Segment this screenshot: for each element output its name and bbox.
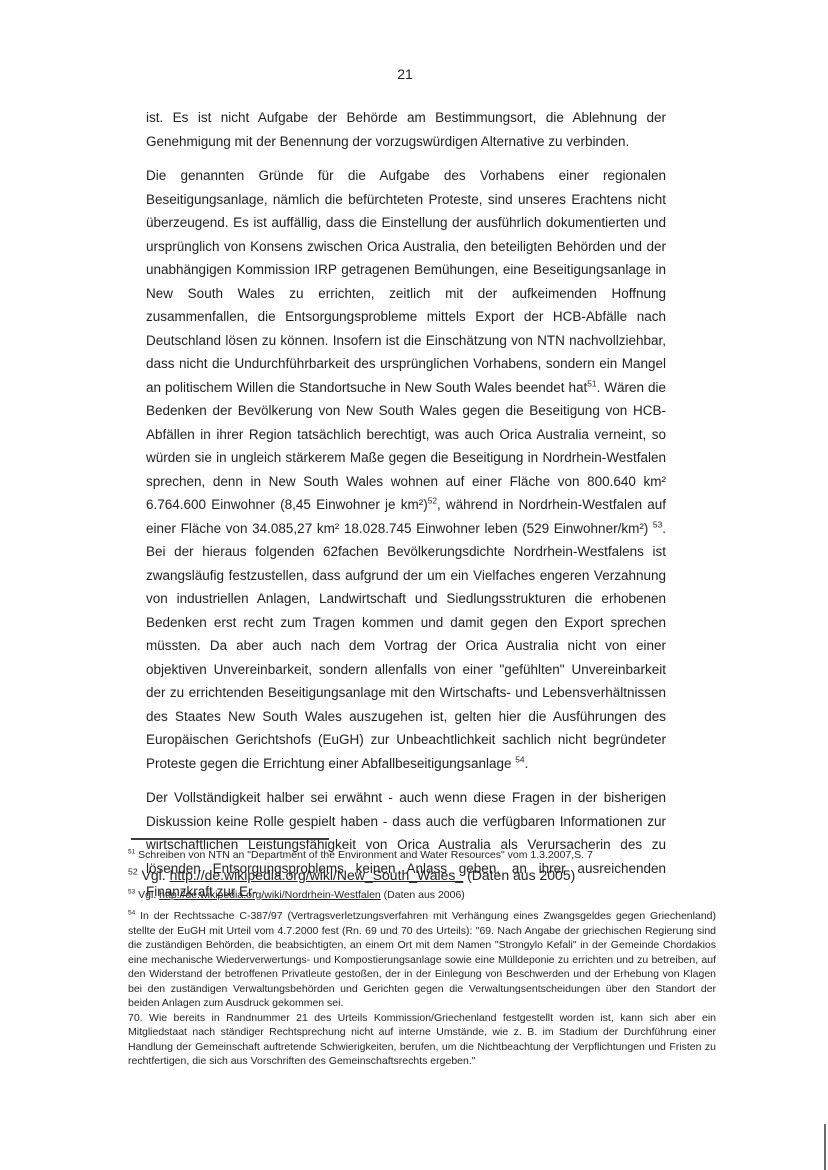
page-number: 21 — [146, 66, 664, 82]
document-page: 21 ist. Es ist nicht Aufgabe der Behörde… — [0, 0, 828, 1170]
footnote-ref: 51 — [587, 378, 596, 388]
footnote-ref: 53 — [653, 519, 662, 529]
paragraph: Die genannten Gründe für die Aufgabe des… — [146, 164, 666, 775]
footnote-ref: 52 — [428, 496, 437, 506]
footnote-text: Vgl. http://de.wikipedia.org/wiki/Nordrh… — [135, 889, 465, 901]
footnote-link[interactable]: http://de.wikipedia.org/wiki/New_South_W… — [170, 867, 464, 883]
footnote-text: Schreiben von NTN an "Department of the … — [135, 849, 593, 861]
footnote-marker: 52 — [128, 866, 138, 876]
footnote-separator — [131, 838, 329, 840]
body-text: ist. Es ist nicht Aufgabe der Behörde am… — [146, 106, 666, 915]
scan-edge-artifact — [824, 1124, 826, 1170]
footnote-ref: 54 — [515, 754, 524, 764]
footnote-51: 51 Schreiben von NTN an "Department of t… — [128, 848, 716, 863]
footnotes-section: 51 Schreiben von NTN an "Department of t… — [128, 838, 716, 1072]
paragraph: ist. Es ist nicht Aufgabe der Behörde am… — [146, 106, 666, 153]
footnote-54: 54 In der Rechtssache C-387/97 (Vertrags… — [128, 909, 716, 1069]
footnote-text: In der Rechtssache C-387/97 (Vertragsver… — [128, 910, 716, 1067]
footnote-text: Vgl. http://de.wikipedia.org/wiki/New_So… — [138, 867, 576, 883]
footnote-52: 52 Vgl. http://de.wikipedia.org/wiki/New… — [128, 866, 716, 885]
footnote-53: 53 Vgl. http://de.wikipedia.org/wiki/Nor… — [128, 888, 716, 903]
footnote-link[interactable]: http://de.wikipedia.org/wiki/Nordrhein-W… — [159, 889, 381, 901]
